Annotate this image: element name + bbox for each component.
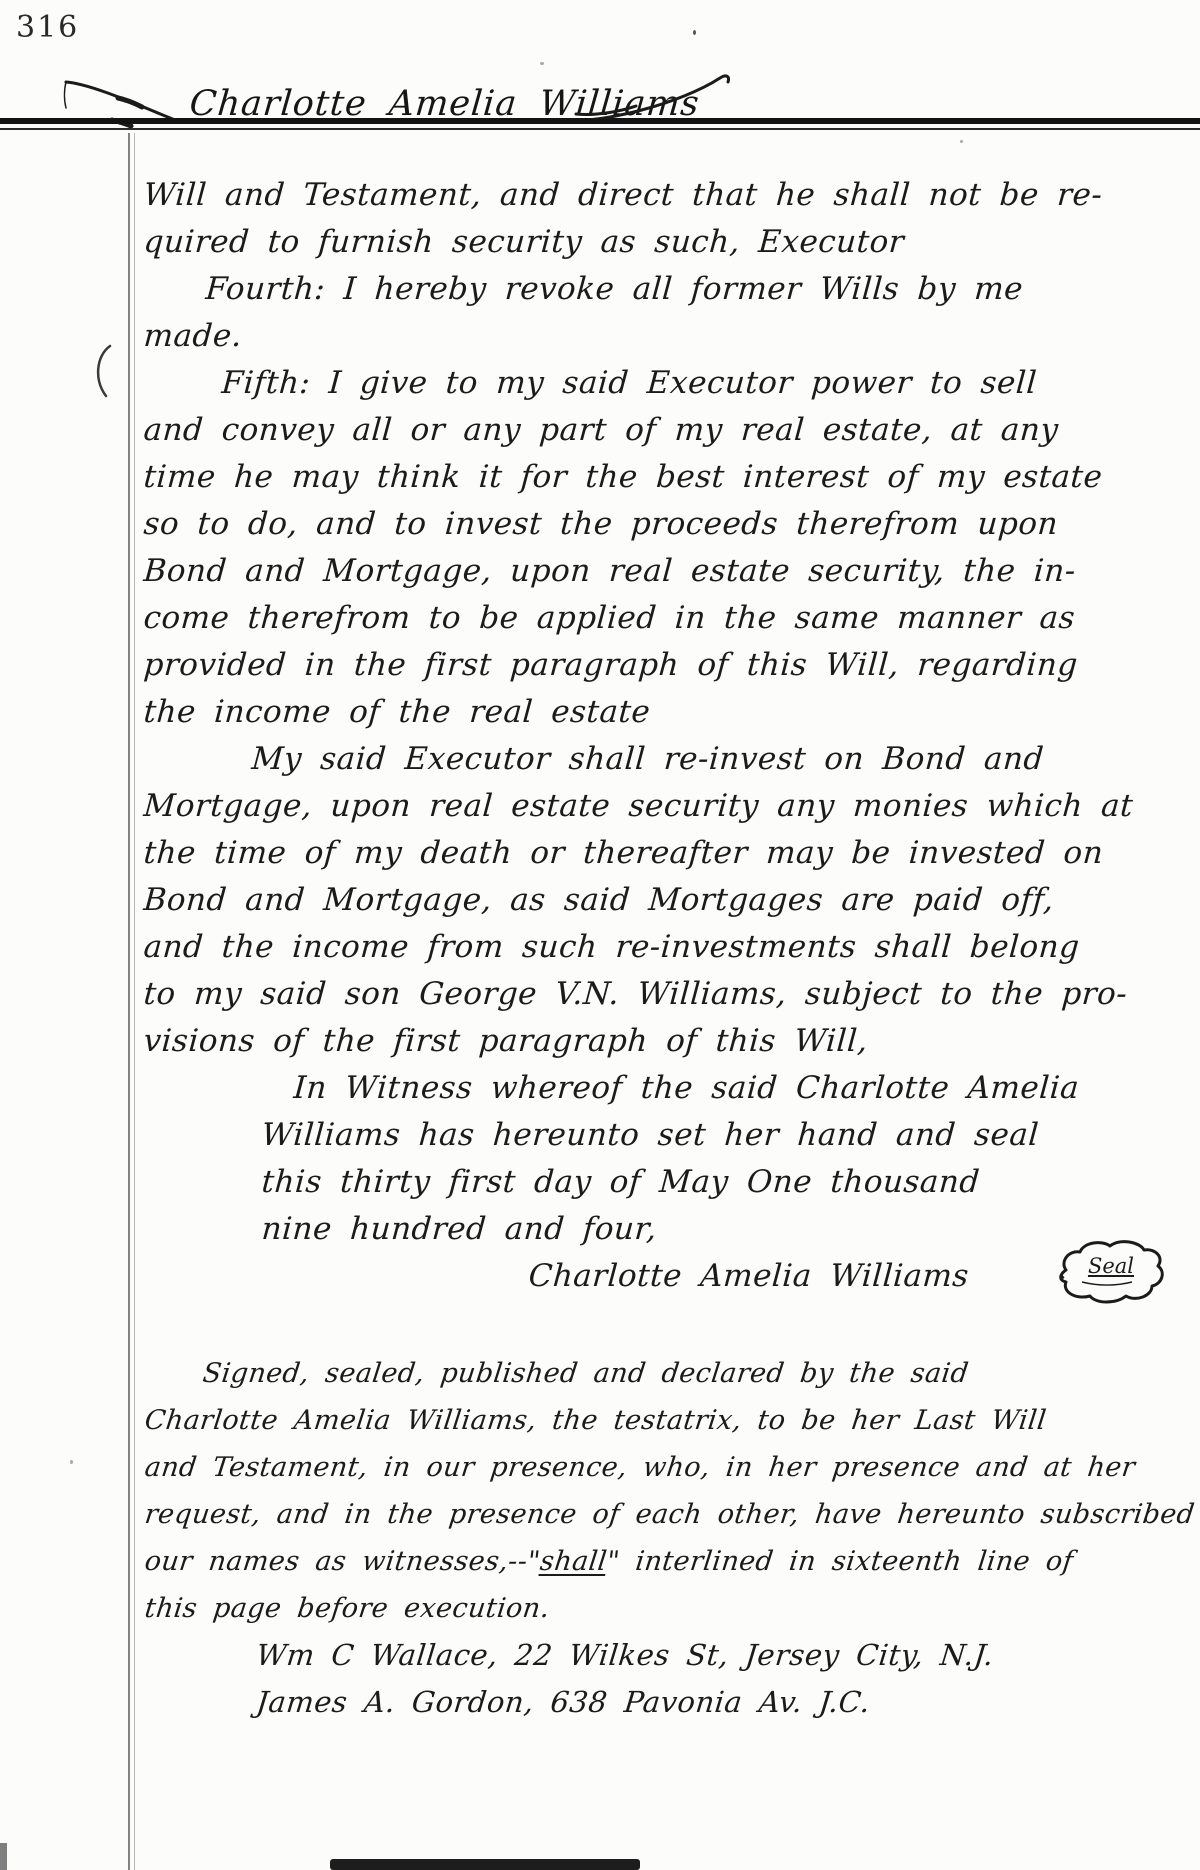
- body-line: to my said son George V.N. Williams, sub…: [142, 971, 1185, 1018]
- attestation-line: Signed, sealed, published and declared b…: [142, 1350, 1188, 1397]
- testator-signature: Charlotte Amelia Williams: [142, 1253, 1185, 1300]
- scanned-will-page: 316 Charlotte Amelia Williams Will and T…: [0, 0, 1200, 1870]
- attestation-line: and Testament, in our presence, who, in …: [142, 1444, 1188, 1491]
- body-line: visions of the first paragraph of this W…: [142, 1018, 1185, 1065]
- interlineation-word: shall: [538, 1546, 608, 1577]
- scan-speck: [960, 140, 963, 143]
- attestation-line: request, and in the presence of each oth…: [142, 1491, 1188, 1538]
- header-flourish-left-icon: [62, 76, 192, 136]
- scan-edge-streak: [330, 1859, 640, 1870]
- body-line: Bond and Mortgage, upon real estate secu…: [142, 548, 1185, 595]
- header-rule-thick: [0, 118, 1200, 124]
- header-rule-thin: [0, 128, 1200, 130]
- body-line: Will and Testament, and direct that he s…: [142, 172, 1185, 219]
- body-line: Bond and Mortgage, as said Mortgages are…: [142, 877, 1185, 924]
- left-margin-rule-inner: [134, 133, 135, 1870]
- body-line: Williams has hereunto set her hand and s…: [142, 1112, 1185, 1159]
- body-line: made.: [142, 313, 1185, 360]
- body-line: and convey all or any part of my real es…: [142, 407, 1185, 454]
- left-margin-rule: [128, 133, 130, 1870]
- interlineation-prefix: our names as witnesses,--": [143, 1546, 542, 1577]
- scan-speck: [70, 1460, 73, 1464]
- attestation-line: Charlotte Amelia Williams, the testatrix…: [142, 1397, 1188, 1444]
- body-line-fourth-clause: Fourth: I hereby revoke all former Wills…: [142, 266, 1185, 313]
- page-number: 316: [16, 10, 79, 45]
- seal-label: Seal: [1076, 1254, 1146, 1278]
- seal-stamp-icon: Seal: [1052, 1238, 1170, 1306]
- attestation-block: Signed, sealed, published and declared b…: [142, 1350, 1182, 1726]
- attestation-closing: this page before execution.: [142, 1585, 1188, 1632]
- body-line: and the income from such re-investments …: [142, 924, 1185, 971]
- margin-pen-mark-icon: [88, 342, 118, 406]
- will-body-text: Will and Testament, and direct that he s…: [142, 172, 1182, 1300]
- body-line: provided in the first paragraph of this …: [142, 642, 1185, 689]
- body-line: the income of the real estate: [142, 689, 1185, 736]
- body-line: come therefrom to be applied in the same…: [142, 595, 1185, 642]
- witness-signature: James A. Gordon, 638 Pavonia Av. J.C.: [142, 1679, 1187, 1726]
- body-line-fifth-clause: Fifth: I give to my said Executor power …: [142, 360, 1185, 407]
- scan-speck: [540, 62, 544, 65]
- scan-corner-mark: [0, 1843, 7, 1870]
- body-line: so to do, and to invest the proceeds the…: [142, 501, 1185, 548]
- body-line: this thirty first day of May One thousan…: [142, 1159, 1185, 1206]
- body-line: quired to furnish security as such, Exec…: [142, 219, 1185, 266]
- body-line: the time of my death or thereafter may b…: [142, 830, 1185, 877]
- body-line-reinvest-clause: My said Executor shall re-invest on Bond…: [142, 736, 1185, 783]
- body-line: Mortgage, upon real estate security any …: [142, 783, 1185, 830]
- interlineation-suffix: " interlined in sixteenth line of: [605, 1546, 1075, 1577]
- body-line: time he may think it for the best intere…: [142, 454, 1185, 501]
- witness-signature: Wm C Wallace, 22 Wilkes St, Jersey City,…: [142, 1632, 1187, 1679]
- body-line-witness-clause: In Witness whereof the said Charlotte Am…: [142, 1065, 1185, 1112]
- attestation-line-interlineation: our names as witnesses,--"shall" interli…: [142, 1538, 1188, 1585]
- body-line: nine hundred and four,: [142, 1206, 1185, 1253]
- scan-speck: [693, 30, 696, 35]
